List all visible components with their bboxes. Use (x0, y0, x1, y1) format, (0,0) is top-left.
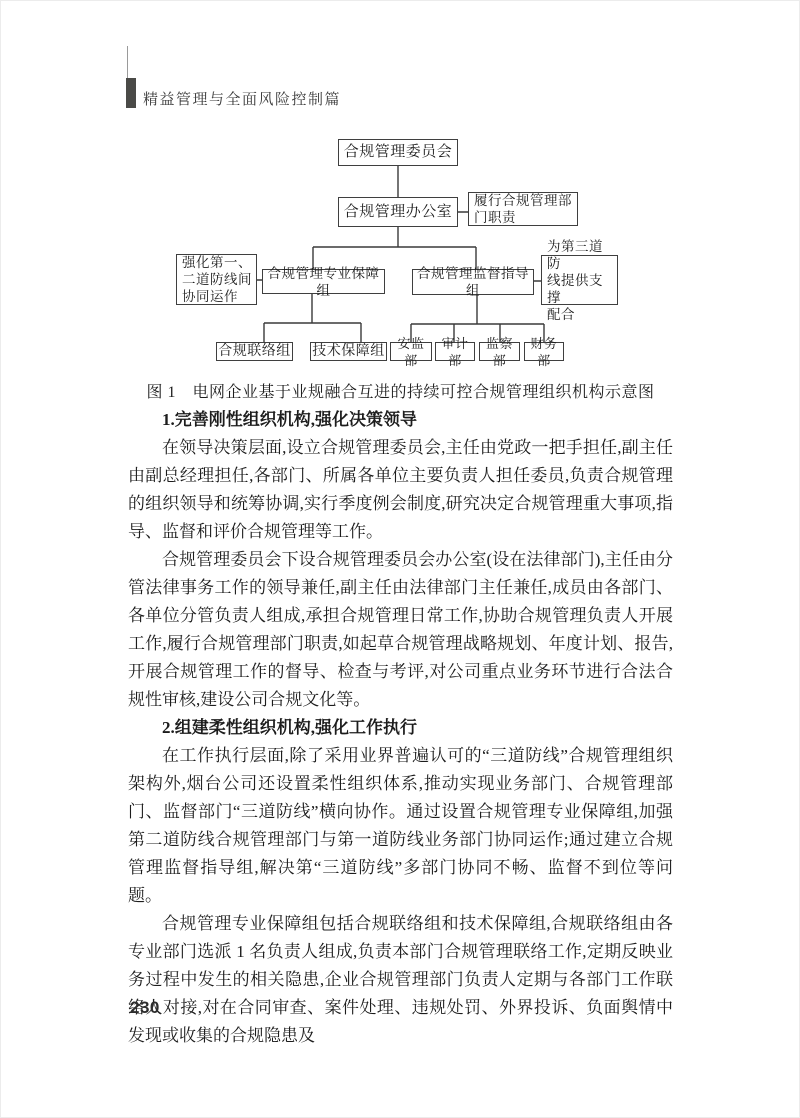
section-2-paragraph-1: 在工作执行层面,除了采用业界普遍认可的“三道防线”合规管理组织架构外,烟台公司还… (128, 742, 673, 910)
section-1-paragraph-1: 在领导决策层面,设立合规管理委员会,主任由党政一把手担任,副主任由副总经理担任,… (128, 434, 673, 546)
chart-connectors (0, 0, 800, 380)
body-text: 1.完善刚性组织机构,强化决策领导 在领导决策层面,设立合规管理委员会,主任由党… (128, 406, 673, 1050)
node-compliance-committee: 合规管理委员会 (338, 139, 458, 166)
node-supervision-guidance-group: 合规管理监督指导组 (412, 269, 534, 295)
page-number: 230 (130, 998, 160, 1018)
node-first-second-line-note: 强化第一、 二道防线间 协同运作 (176, 254, 257, 305)
node-dept-finance: 财务部 (524, 342, 564, 361)
section-1-heading: 1.完善刚性组织机构,强化决策领导 (128, 406, 673, 434)
node-technical-support-group: 技术保障组 (310, 342, 387, 361)
book-page: 精益管理与全面风险控制篇 合规管理委员会 合规管理办公室 履行合规管理部 门职责… (0, 0, 800, 1118)
section-1-paragraph-2: 合规管理委员会下设合规管理委员会办公室(设在法律部门),主任由分管法律事务工作的… (128, 546, 673, 714)
node-compliance-office: 合规管理办公室 (338, 197, 458, 227)
node-dept-discipline-inspection: 监察部 (479, 342, 520, 361)
figure-caption: 图 1 电网企业基于业规融合互进的持续可控合规管理组织机构示意图 (128, 379, 673, 402)
node-office-duty-note: 履行合规管理部 门职责 (468, 192, 578, 226)
node-dept-safety-supervision: 安监部 (390, 342, 432, 361)
node-dept-audit: 审计部 (435, 342, 475, 361)
org-chart: 合规管理委员会 合规管理办公室 履行合规管理部 门职责 强化第一、 二道防线间 … (0, 0, 800, 380)
node-compliance-liaison-group: 合规联络组 (216, 342, 293, 361)
node-professional-support-group: 合规管理专业保障组 (262, 269, 385, 294)
section-2-paragraph-2: 合规管理专业保障组包括合规联络组和技术保障组,合规联络组由各专业部门选派 1 名… (128, 910, 673, 1050)
node-third-line-support-note: 为第三道防 线提供支撑 配合 (541, 255, 618, 305)
section-2-heading: 2.组建柔性组织机构,强化工作执行 (128, 714, 673, 742)
